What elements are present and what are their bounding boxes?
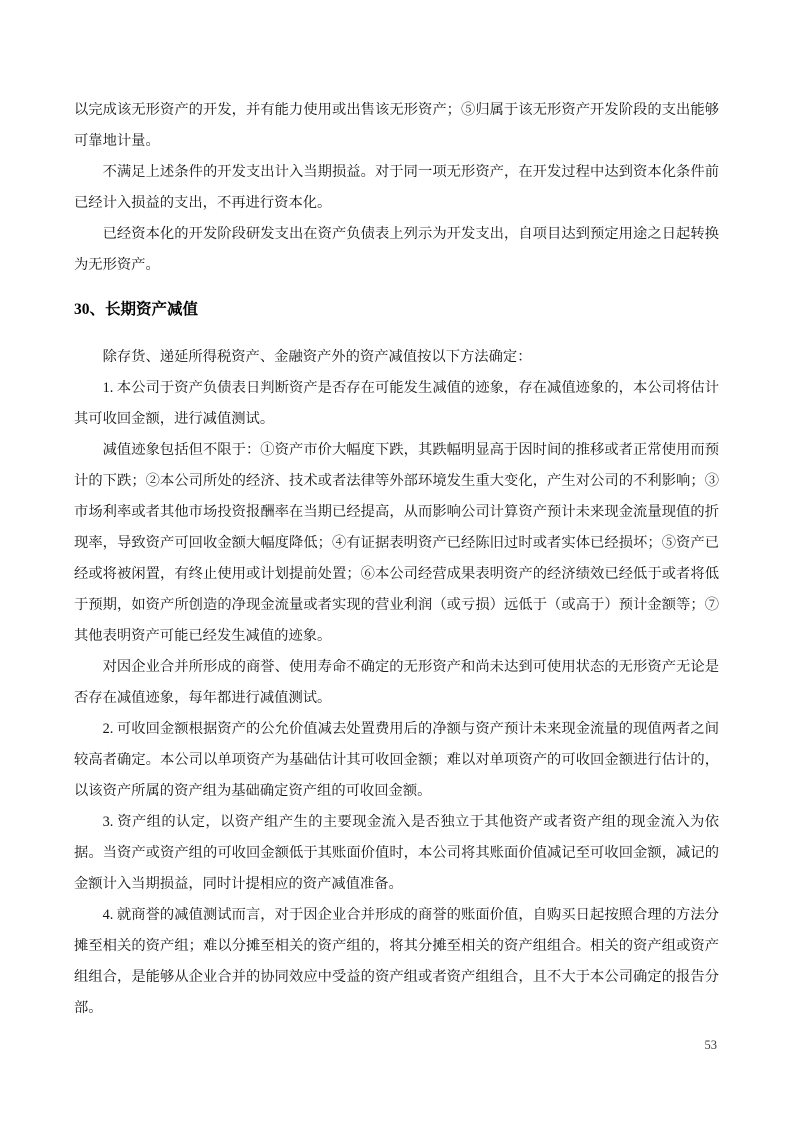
document-body: 以完成该无形资产的开发，并有能力使用或出售该无形资产；⑤归属于该无形资产开发阶段… [74,95,719,1024]
paragraph: 不满足上述条件的开发支出计入当期损益。对于同一项无形资产，在开发过程中达到资本化… [74,157,719,219]
paragraph-list-item-3: 3. 资产组的认定，以资产组产生的主要现金流入是否独立于其他资产或者资产组的现金… [74,807,719,900]
paragraph-list-item-2: 2. 可收回金额根据资产的公允价值减去处置费用后的净额与资产预计未来现金流量的现… [74,714,719,807]
document-page: 以完成该无形资产的开发，并有能力使用或出售该无形资产；⑤归属于该无形资产开发阶段… [0,0,793,1122]
paragraph: 减值迹象包括但不限于：①资产市价大幅度下跌，其跌幅明显高于因时间的推移或者正常使… [74,435,719,652]
paragraph-list-item-4: 4. 就商誉的减值测试而言，对于因企业合并形成的商誉的账面价值，自购买日起按照合… [74,900,719,1024]
paragraph: 对因企业合并所形成的商誉、使用寿命不确定的无形资产和尚未达到可使用状态的无形资产… [74,652,719,714]
paragraph: 已经资本化的开发阶段研发支出在资产负债表上列示为开发支出，自项目达到预定用途之日… [74,219,719,281]
page-number: 53 [705,1038,718,1052]
paragraph-list-item-1: 1. 本公司于资产负债表日判断资产是否存在可能发生减值的迹象，存在减值迹象的，本… [74,373,719,435]
paragraph-continuation: 以完成该无形资产的开发，并有能力使用或出售该无形资产；⑤归属于该无形资产开发阶段… [74,95,719,157]
section-heading-long-term-asset-impairment: 30、长期资产减值 [74,294,719,325]
paragraph: 除存货、递延所得税资产、金融资产外的资产减值按以下方法确定： [74,342,719,373]
